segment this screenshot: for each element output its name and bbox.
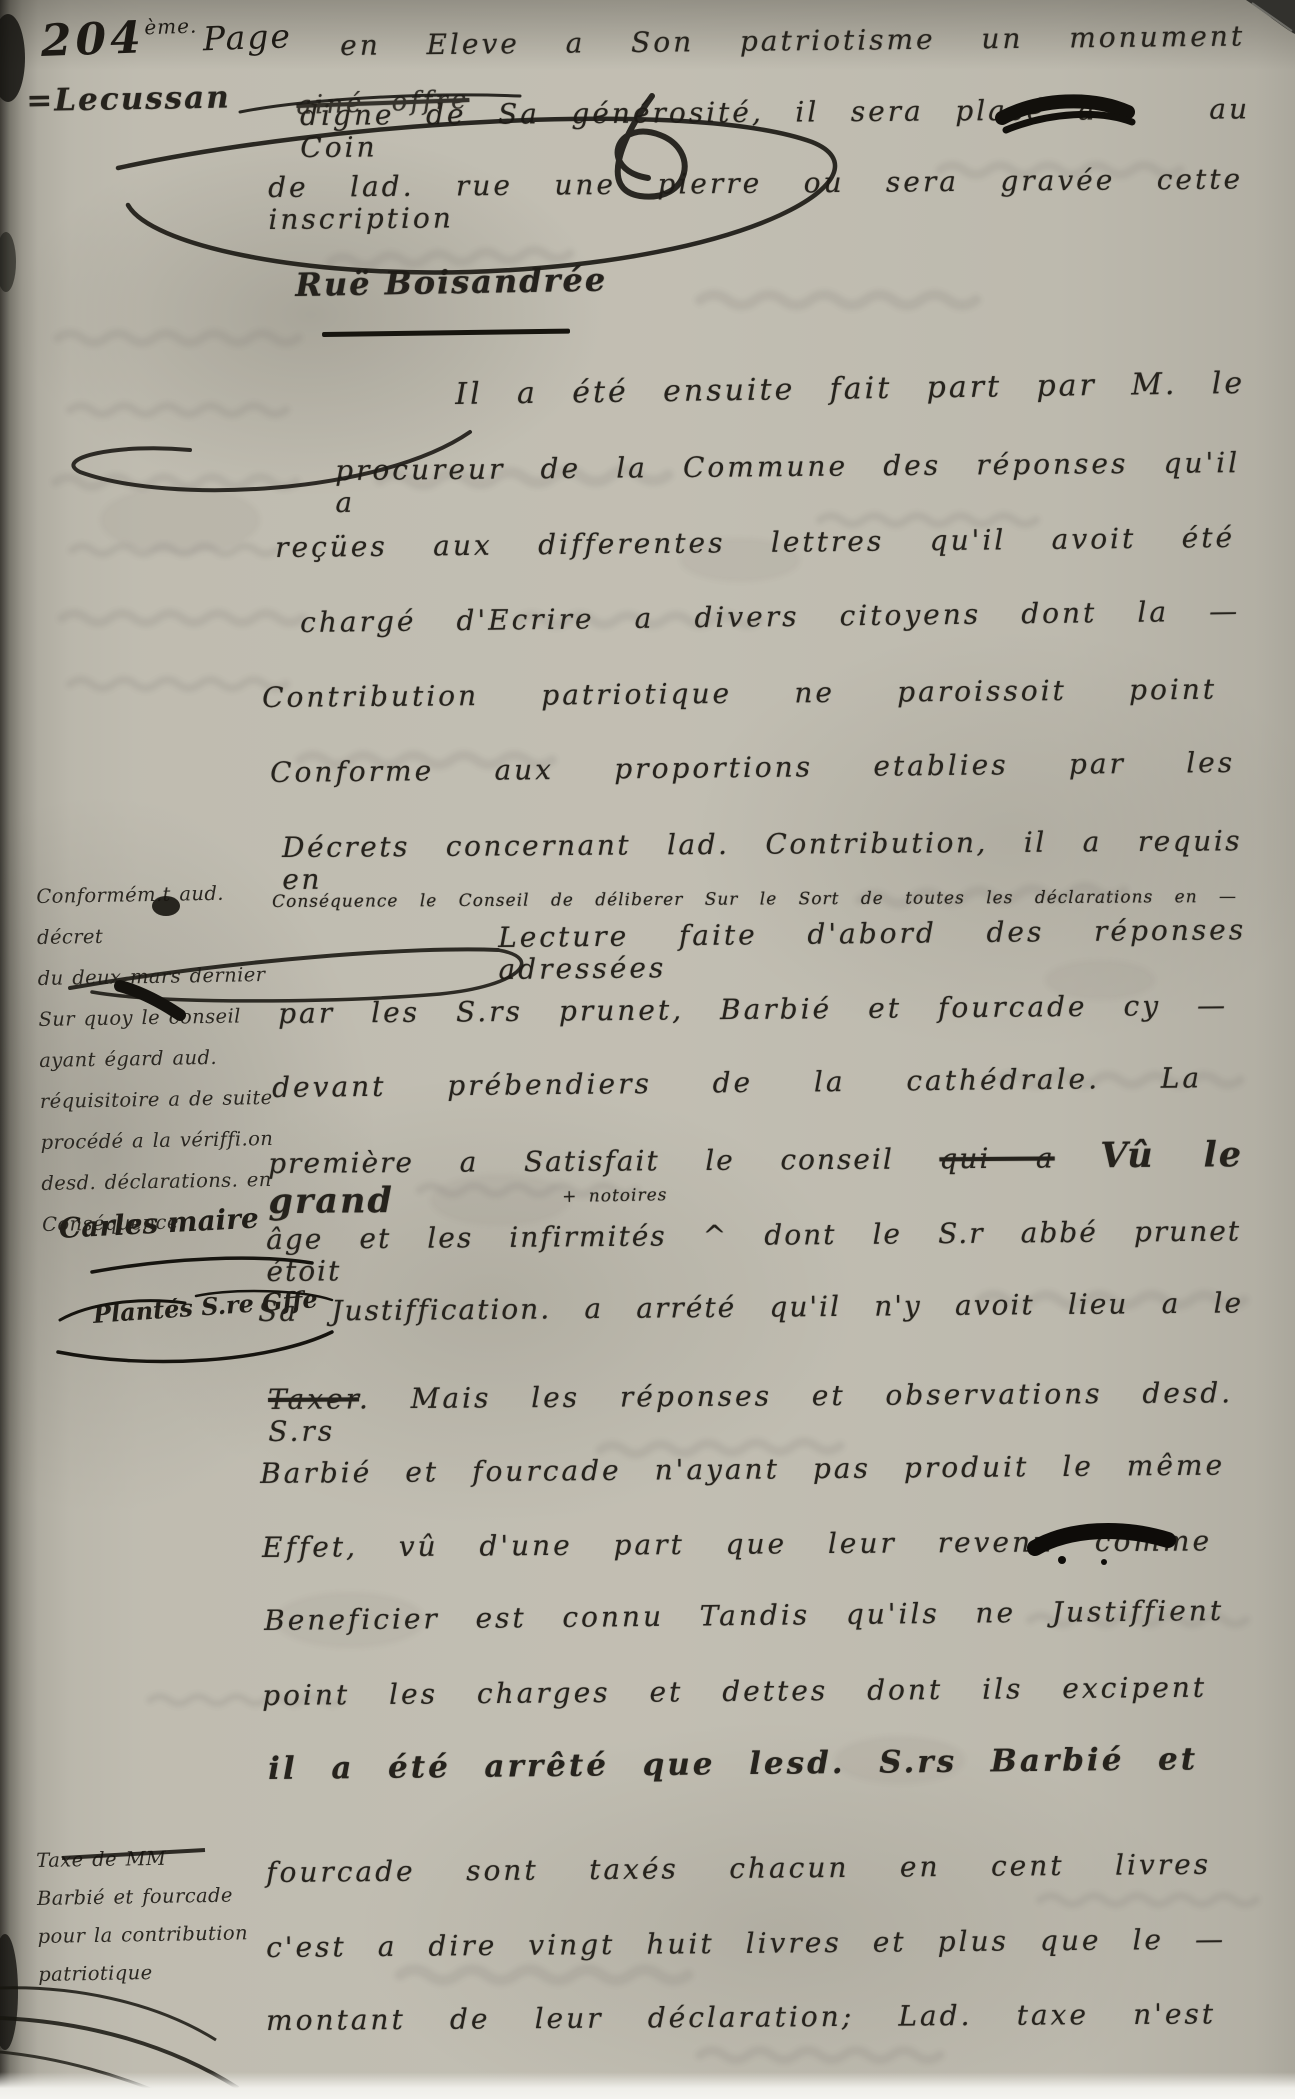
body-line: procureur de la Commune des réponses qu'… xyxy=(335,447,1241,519)
body-line: Effet, vû d'une part que leur revenu com… xyxy=(262,1525,1212,1564)
body-line-text: digne de Sa générosité, il sera placé a xyxy=(300,93,1097,132)
interline-insertion: + notoires xyxy=(562,1186,668,1207)
body-line: par les S.rs prunet, Barbié et fourcade … xyxy=(278,990,1228,1030)
crossed-out-words: qui a xyxy=(939,1142,1054,1176)
body-line: de lad. rue une pierre ou sera gravée ce… xyxy=(268,163,1244,236)
body-line: point les charges et dettes dont ils exc… xyxy=(262,1672,1207,1712)
body-line: Beneficier est connu Tandis qu'ils ne Ju… xyxy=(264,1595,1224,1637)
body-line-text: première a Satisfait le conseil xyxy=(268,1143,894,1180)
margin-note-line: du deux mars dernier xyxy=(37,954,273,999)
manuscript-page: 204ème. Page =Lecussan ainé offre en Ele… xyxy=(0,0,1295,2099)
margin-note-line: Sur quoy le conseil xyxy=(38,995,274,1040)
margin-note-line: pour la contribution xyxy=(37,1914,273,1956)
crossed-out-word: Taxer xyxy=(268,1382,359,1416)
body-line: il a été arrêté que lesd. S.rs Barbié et xyxy=(268,1742,1198,1787)
body-line: fourcade sont taxés chacun en cent livre… xyxy=(266,1849,1211,1889)
body-line: digne de Sa générosité, il sera placé aa… xyxy=(300,93,1250,164)
margin-note-line: réquisitoire a de suite xyxy=(40,1077,276,1122)
margin-note-line: procédé a la vériffi.on xyxy=(40,1118,276,1163)
ink-scribble-gap xyxy=(1097,109,1209,120)
margin-note-taxe: Taxe de MM Barbié et fourcade pour la co… xyxy=(36,1838,274,1994)
interline-insertion: Conséquence le Conseil de déliberer Sur … xyxy=(272,888,1237,913)
page-number: 204ème. Page xyxy=(40,7,293,67)
page-number-value: 204 xyxy=(40,12,146,67)
page-number-suffix: ème. xyxy=(144,14,198,40)
margin-note-decret: Conformém.t aud. décret du deux mars der… xyxy=(36,872,277,1245)
body-line: Il a été ensuite fait part par M. le xyxy=(455,367,1245,413)
body-line: Taxer. Mais les réponses et observations… xyxy=(268,1377,1233,1448)
margin-note-line: Barbié et fourcade xyxy=(37,1876,273,1918)
body-line: Décrets concernant lad. Contribution, il… xyxy=(282,825,1242,896)
body-line: en Eleve a Son patriotisme un monument xyxy=(340,21,1245,63)
body-line: c'est a dire vingt huit livres et plus q… xyxy=(266,1924,1226,1965)
page-number-word: Page xyxy=(202,16,292,58)
body-line-text: . Mais les réponses et observations desd… xyxy=(268,1376,1233,1448)
body-line: âge et les infirmités ^ dont le S.r abbé… xyxy=(266,1215,1242,1288)
body-line: devant prébendiers de la cathédrale. La xyxy=(272,1062,1202,1104)
heading-underline xyxy=(322,329,570,337)
margin-keyword: =Lecussan xyxy=(26,80,231,119)
body-line: Sa Justiffication. a arrété qu'il n'y av… xyxy=(258,1287,1243,1328)
body-line: Lecture faite d'abord des réponses adres… xyxy=(498,914,1247,986)
body-line: reçües aux differentes lettres qu'il avo… xyxy=(275,522,1235,564)
section-heading: Ruë Boisandrée xyxy=(295,261,607,304)
page-bottom-edge xyxy=(0,2072,1295,2099)
body-line: Conforme aux proportions etablies par le… xyxy=(270,747,1235,789)
margin-note-line: desd. déclarations. en xyxy=(41,1159,277,1204)
body-line: Contribution patriotique ne paroissoit p… xyxy=(262,674,1217,715)
margin-note-line: patriotique xyxy=(38,1952,274,1994)
body-line: montant de leur déclaration; Lad. taxe n… xyxy=(266,1998,1216,2037)
body-line: chargé d'Ecrire a divers citoyens dont l… xyxy=(300,596,1240,640)
body-line: première a Satisfait le conseil qui a Vû… xyxy=(268,1135,1244,1222)
margin-note-line: Conformém.t aud. décret xyxy=(36,872,272,958)
margin-note-line: ayant égard aud. xyxy=(39,1036,275,1081)
body-line: Barbié et fourcade n'ayant pas produit l… xyxy=(260,1450,1225,1491)
margin-note-line: Taxe de MM xyxy=(36,1838,272,1880)
